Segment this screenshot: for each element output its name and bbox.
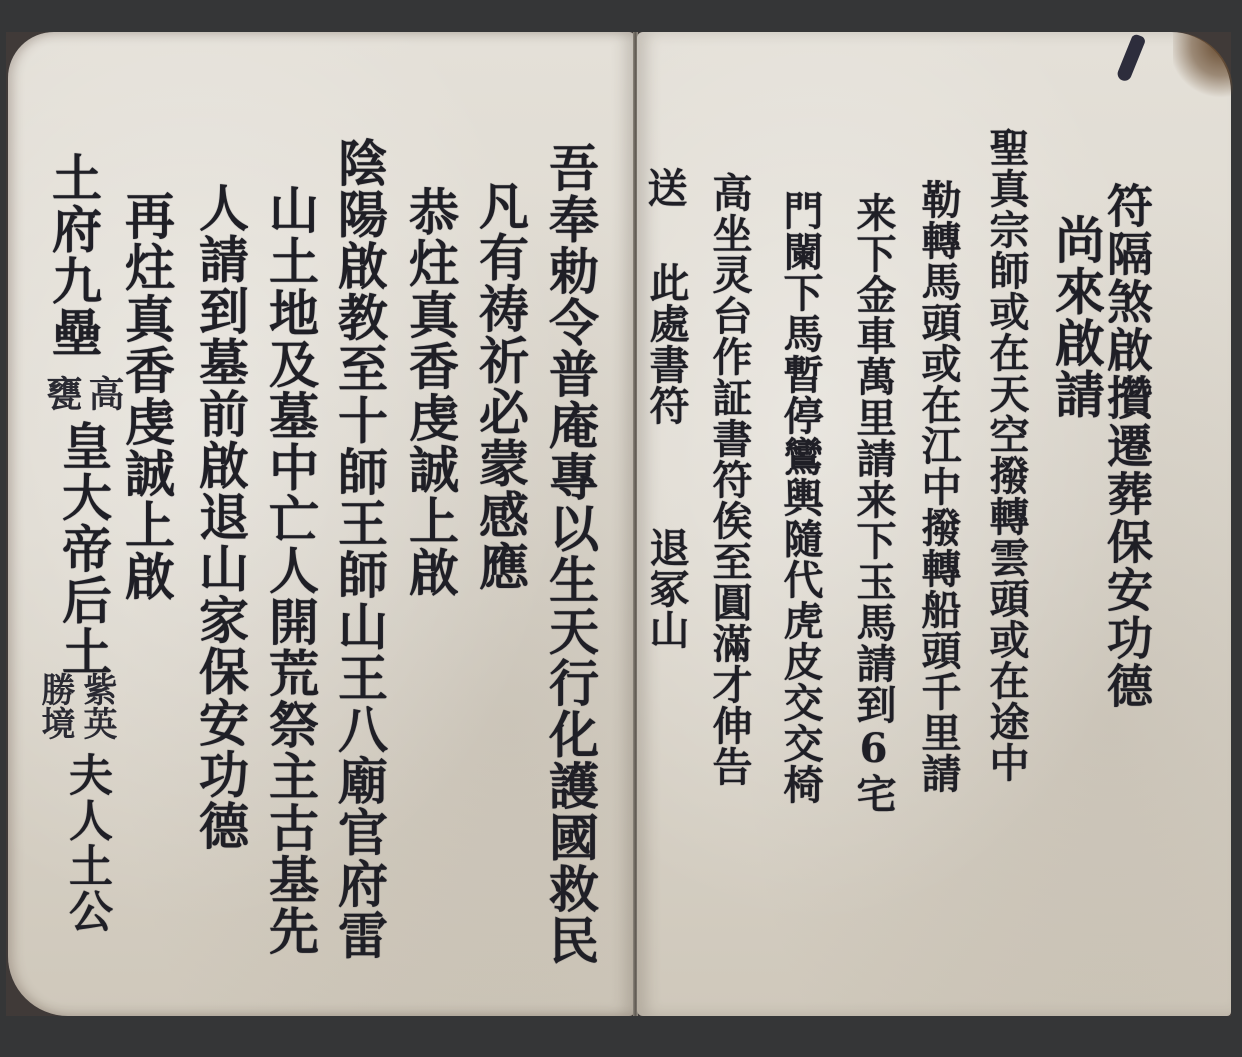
text-column: 聖真宗師或在天空撥轉雲頭或在途中 xyxy=(986,127,1026,783)
text-column: 高坐灵台作証書符俟至圓滿才伸告 xyxy=(709,172,749,787)
text-column: 勒轉馬頭或在江中撥轉船頭千里請 xyxy=(918,179,958,794)
text-column: 恭炷真香虔誠上啟 xyxy=(405,186,455,598)
annotation-right: 高 xyxy=(86,375,122,411)
text-column: 門闌下馬暫停鸞輿隨代虎皮交交椅 xyxy=(780,190,820,805)
text-column: 凡有祷祈必蒙感應 xyxy=(475,180,525,592)
annotation-right: 紫英 xyxy=(80,672,114,740)
text-column: 尚來啟請 xyxy=(1051,214,1101,420)
page-mark xyxy=(1116,33,1147,83)
annotation-left: 勝境 xyxy=(38,672,72,740)
text-column: 此處書符 xyxy=(646,262,686,426)
text-column: 皇大帝后土 xyxy=(58,420,108,678)
text-column: 夫人土公 xyxy=(64,752,108,934)
text-column: 再炷真香虔誠上啟 xyxy=(121,190,171,602)
text-column: 符隔煞啟攢遷葬保安功德 xyxy=(1104,182,1150,710)
text-column: 送 xyxy=(644,167,684,208)
left-page: 吾奉勅令普庵專以生天行化護國救民 凡有祷祈必蒙感應 恭炷真香虔誠上啟 陰陽啟教至… xyxy=(8,32,635,1016)
text-column: 陰陽啟教至十師王師山王八廟官府雷 xyxy=(334,137,384,961)
annotation-left: 甕 xyxy=(44,375,80,411)
text-column: 吾奉勅令普庵專以生天行化護國救民 xyxy=(545,142,595,966)
text-column: 退冢山 xyxy=(646,527,686,650)
text-column: 来下金車萬里請来下玉馬請到6宅 xyxy=(853,192,893,814)
right-page: 符隔煞啟攢遷葬保安功德 尚來啟請 聖真宗師或在天空撥轉雲頭或在途中 勒轉馬頭或在… xyxy=(637,32,1231,1016)
text-column: 山土地及墓中亡人開荒祭主古基先 xyxy=(265,184,315,957)
text-column: 人請到墓前啟退山家保安功德 xyxy=(195,182,245,852)
text-column: 土府九壘 xyxy=(48,152,98,358)
